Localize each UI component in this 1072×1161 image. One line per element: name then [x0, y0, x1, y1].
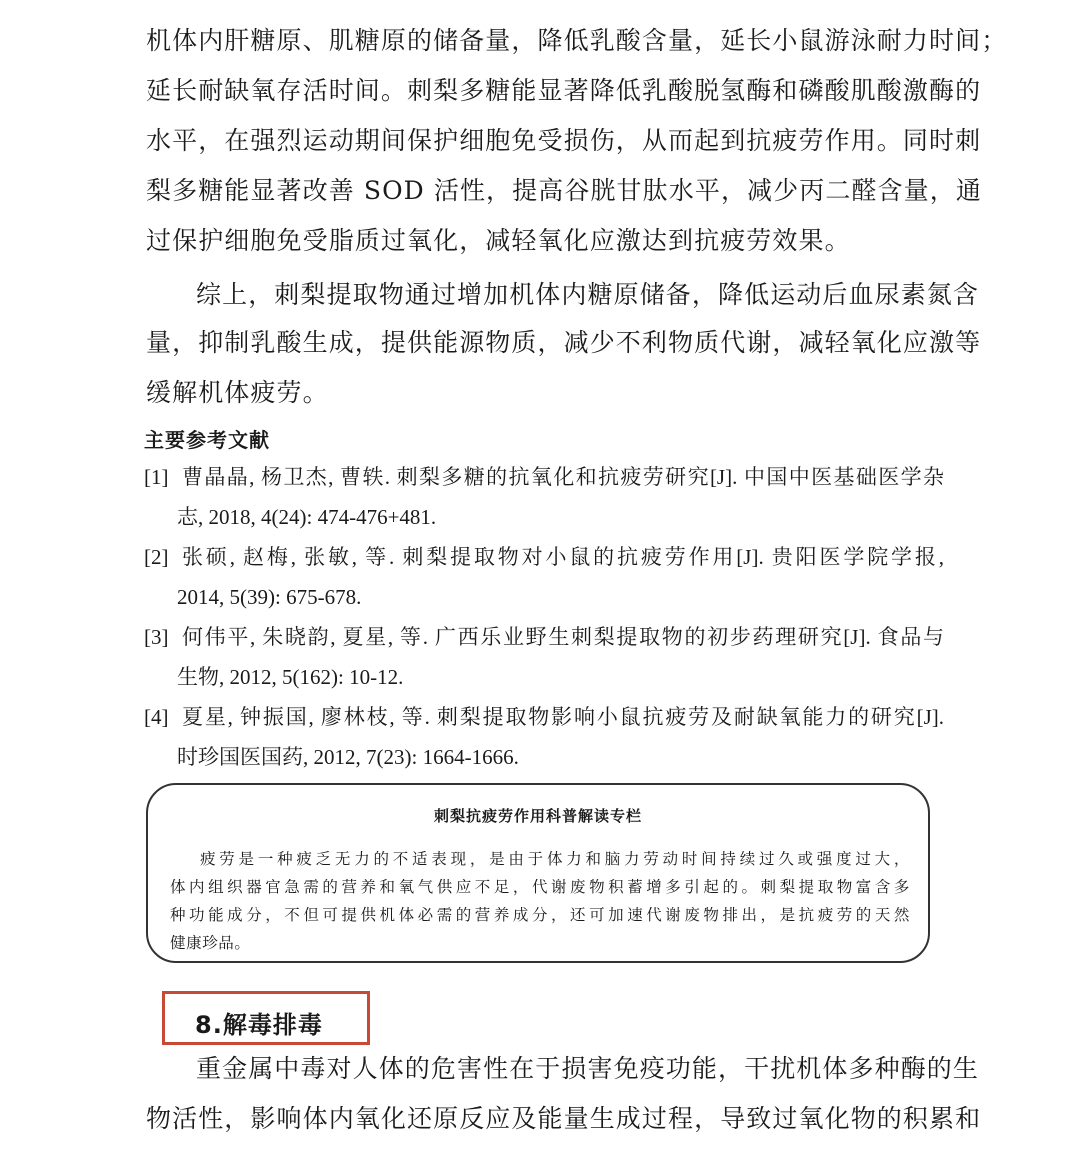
- callout-title: 刺梨抗疲劳作用科普解读专栏: [148, 805, 928, 826]
- paragraph-line: 延长耐缺氧存活时间。刺梨多糖能显著降低乳酸脱氢酶和磷酸肌酸激酶的: [146, 76, 946, 106]
- callout-line: 种功能成分，不但可提供机体必需的营养成分，还可加速代谢废物排出，是抗疲劳的天然: [170, 905, 910, 925]
- reference-text-cont: 2014, 5(39): 675-678.: [177, 584, 361, 610]
- paragraph-line: 综上，刺梨提取物通过增加机体内糖原储备，降低运动后血尿素氮含: [196, 280, 946, 310]
- references-heading: 主要参考文献: [144, 424, 270, 453]
- section-title: 8.解毒排毒: [195, 1005, 323, 1040]
- paragraph-line: 梨多糖能显著改善 SOD 活性，提高谷胱甘肽水平，减少丙二醛含量，通: [146, 176, 946, 206]
- paragraph-line: 过保护细胞免受脂质过氧化，减轻氧化应激达到抗疲劳效果。: [146, 226, 946, 256]
- reference-number: [4]: [144, 704, 169, 730]
- reference-number: [1]: [144, 464, 169, 490]
- reference-text-cont: 生物, 2012, 5(162): 10-12.: [177, 664, 403, 690]
- science-callout-box: 刺梨抗疲劳作用科普解读专栏 疲劳是一种疲乏无力的不适表现，是由于体力和脑力劳动时…: [146, 783, 930, 963]
- reference-number: [3]: [144, 624, 169, 650]
- callout-line: 体内组织器官急需的营养和氧气供应不足，代谢废物积蓄增多引起的。刺梨提取物富含多: [170, 877, 910, 897]
- reference-text: 曹晶晶, 杨卫杰, 曹轶. 刺梨多糖的抗氧化和抗疲劳研究[J]. 中国中医基础医…: [182, 464, 944, 490]
- reference-text: 何伟平, 朱晓韵, 夏星, 等. 广西乐业野生刺梨提取物的初步药理研究[J]. …: [182, 624, 944, 650]
- section-heading-highlight: 8.解毒排毒: [162, 991, 370, 1045]
- reference-text-cont: 志, 2018, 4(24): 474-476+481.: [177, 504, 436, 530]
- paragraph-line: 重金属中毒对人体的危害性在于损害免疫功能，干扰机体多种酶的生: [196, 1054, 946, 1084]
- reference-text: 夏星, 钟振国, 廖林枝, 等. 刺梨提取物影响小鼠抗疲劳及耐缺氧能力的研究[J…: [182, 704, 944, 730]
- reference-text-cont: 时珍国医国药, 2012, 7(23): 1664-1666.: [177, 744, 519, 770]
- callout-line: 健康珍品。: [170, 933, 910, 953]
- paragraph-line: 物活性，影响体内氧化还原反应及能量生成过程，导致过氧化物的积累和: [146, 1104, 946, 1134]
- reference-number: [2]: [144, 544, 169, 570]
- callout-line: 疲劳是一种疲乏无力的不适表现，是由于体力和脑力劳动时间持续过久或强度过大，: [200, 849, 910, 869]
- paragraph-line: 量，抑制乳酸生成，提供能源物质，减少不利物质代谢，减轻氧化应激等: [146, 328, 946, 358]
- paragraph-line: 机体内肝糖原、肌糖原的储备量，降低乳酸含量，延长小鼠游泳耐力时间；: [146, 26, 946, 56]
- paragraph-line: 水平，在强烈运动期间保护细胞免受损伤，从而起到抗疲劳作用。同时刺: [146, 126, 946, 156]
- reference-text: 张硕, 赵梅, 张敏, 等. 刺梨提取物对小鼠的抗疲劳作用[J]. 贵阳医学院学…: [182, 544, 944, 570]
- paragraph-line: 缓解机体疲劳。: [146, 378, 946, 408]
